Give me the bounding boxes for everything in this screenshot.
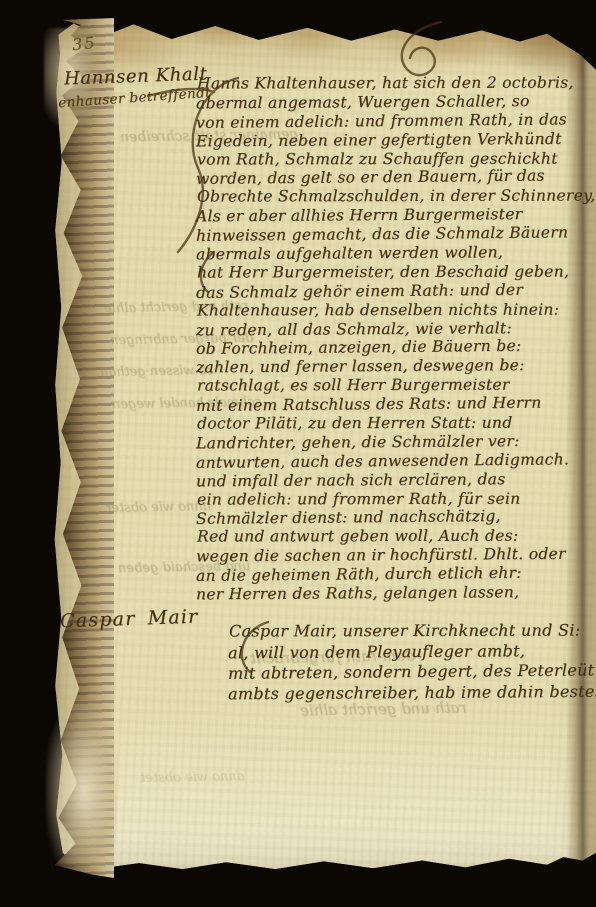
- manuscript-line: doctor Piläti, zu den Herren Statt: und: [197, 414, 595, 434]
- entry-khaltenhauser-text: Hanns Khaltenhauser, hat sich den 2 octo…: [196, 74, 594, 603]
- manuscript-line: abermals aufgehalten werden wollen,: [196, 243, 594, 265]
- manuscript-line: hat Herr Burgermeister, den Beschaid geb…: [197, 262, 595, 282]
- manuscript-line: Hanns Khaltenhauser, hat sich den 2 octo…: [197, 73, 595, 93]
- manuscript-line: Caspar Mair, unserer Kirchknecht und Si:: [229, 620, 596, 642]
- folio-number: 35: [71, 33, 97, 54]
- manuscript-line: Obrechte Schmalzschulden, in derer Schin…: [197, 187, 595, 207]
- entry-caspar-mair-text: Caspar Mair, unserer Kirchknecht und Si:…: [228, 621, 596, 703]
- manuscript-line: ambts gegenschreiber, hab ime dahin best…: [228, 681, 596, 704]
- manuscript-line: und imfall der nach sich erclären, das: [196, 469, 594, 491]
- manuscript-line: mit einem Ratschluss des Rats: und Herrn: [196, 393, 594, 416]
- manuscript-line: Eigedein, neben einer gefertigten Verkhü…: [196, 129, 594, 151]
- manuscript-line: Red und antwurt geben woll, Auch des:: [197, 527, 595, 547]
- manuscript-line: das Schmalz gehör einem Rath: und der: [196, 280, 594, 303]
- paper-edge-highlight: [46, 700, 116, 865]
- manuscript-line: mit abtreten, sondern begert, des Peterl…: [228, 660, 596, 684]
- manuscript-line: zahlen, und ferner lassen, deswegen be:: [196, 356, 594, 378]
- manuscript-line: Khaltenhauser, hab denselben nichts hine…: [197, 300, 595, 320]
- manuscript-line: ner Herren des Raths, gelangen lassen,: [196, 583, 594, 605]
- manuscript-photo: gemainer statt schreiben rath und gerich…: [0, 0, 596, 907]
